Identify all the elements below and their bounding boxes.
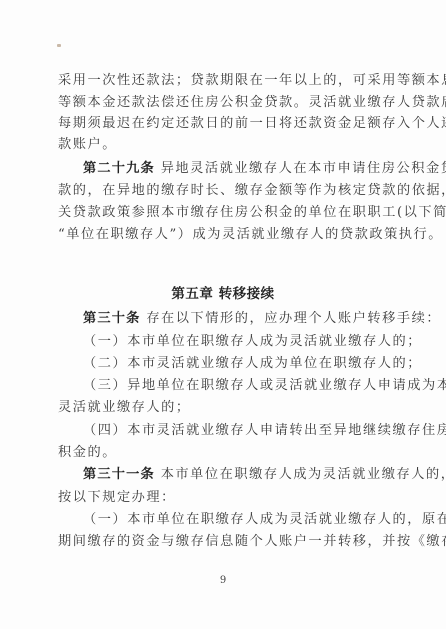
list-item: （三）异地单位在职缴存人或灵活就业缴存人申请成为本市	[83, 378, 398, 394]
body-line: 每期须最迟在约定还款日的前一日将还款资金足额存入个人还	[58, 116, 398, 132]
list-item: （一）本市单位在职缴存人成为灵活就业缴存人的，原在职	[83, 512, 398, 528]
list-item: （一）本市单位在职缴存人成为灵活就业缴存人的；	[83, 334, 398, 350]
chapter-heading: 第五章 转移接续	[0, 282, 446, 302]
document-page: 采用一次性还款法；贷款期限在一年以上的，可采用等额本息或 等额本金还款法偿还住房…	[0, 0, 446, 629]
article-30: 第三十条 存在以下情形的，应办理个人账户转移手续：	[83, 311, 398, 327]
article-29: 第二十九条 异地灵活就业缴存人在本市申请住房公积金贷	[83, 161, 398, 177]
body-line: 期间缴存的资金与缴存信息随个人账户一并转移，并按《缴存使	[58, 534, 398, 550]
body-line: 积金的。	[58, 445, 398, 461]
article-label: 第二十九条	[83, 161, 155, 176]
page-number: 9	[0, 575, 446, 586]
body-line: 按以下规定办理：	[58, 490, 398, 506]
body-line: 款账户。	[58, 137, 398, 153]
article-label: 第三十一条	[83, 467, 155, 482]
article-text: 存在以下情形的，应办理个人账户转移手续：	[146, 311, 441, 326]
article-text: 本市单位在职缴存人成为灵活就业缴存人的，	[161, 467, 446, 482]
body-line: 灵活就业缴存人的；	[58, 400, 398, 416]
article-31: 第三十一条 本市单位在职缴存人成为灵活就业缴存人的，	[83, 467, 398, 483]
article-text: 异地灵活就业缴存人在本市申请住房公积金贷	[161, 161, 446, 176]
body-line: 款的，在异地的缴存时长、缴存金额等作为核定贷款的依据，相	[58, 183, 398, 199]
article-label: 第三十条	[83, 311, 141, 326]
body-line: 采用一次性还款法；贷款期限在一年以上的，可采用等额本息或	[58, 73, 398, 89]
body-line: 等额本金还款法偿还住房公积金贷款。灵活就业缴存人贷款后，	[58, 95, 398, 111]
body-line: 关贷款政策参照本市缴存住房公积金的单位在职职工(以下简称	[58, 205, 398, 221]
list-item: （四）本市灵活就业缴存人申请转出至异地继续缴存住房公	[83, 423, 398, 439]
bullet-mark	[57, 44, 61, 47]
list-item: （二）本市灵活就业缴存人成为单位在职缴存人的；	[83, 356, 398, 372]
body-line: “单位在职缴存人”）成为灵活就业缴存人的贷款政策执行。	[58, 227, 398, 243]
